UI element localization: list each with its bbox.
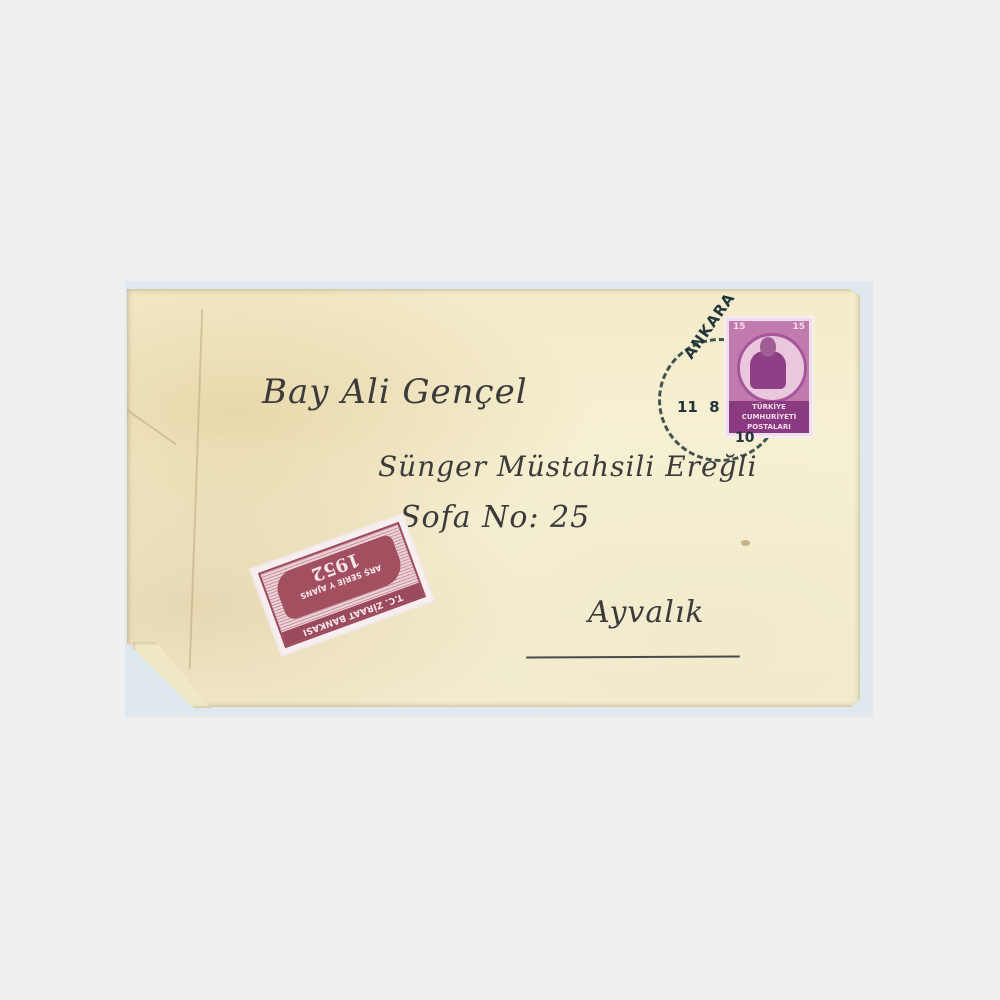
- crease-left: [189, 309, 204, 669]
- postmark-date: 11 8: [677, 398, 720, 416]
- postmark-time: 10: [735, 430, 754, 446]
- stamp-value-right: 15: [792, 322, 805, 332]
- postage-stamp: 15 15 TÜRKİYE CUMHURİYETİ POSTALARI: [726, 318, 812, 436]
- recipient-name: Bay Ali Gençel: [262, 372, 528, 412]
- crease-top-left: [126, 409, 176, 445]
- stain-spot: [741, 540, 750, 546]
- stamp-legend-line1: TÜRKİYE: [729, 402, 809, 412]
- portrait-head: [760, 337, 776, 357]
- stamp-legend: TÜRKİYE CUMHURİYETİ POSTALARI: [729, 401, 809, 433]
- stamp-value-left: 15: [733, 322, 746, 332]
- address-line1: Sünger Müstahsili Ereğli: [378, 450, 757, 483]
- address-line2: Sofa No: 25: [400, 500, 590, 535]
- address-city: Ayvalık: [588, 595, 705, 630]
- stamp-legend-line2: CUMHURİYETİ: [729, 412, 809, 422]
